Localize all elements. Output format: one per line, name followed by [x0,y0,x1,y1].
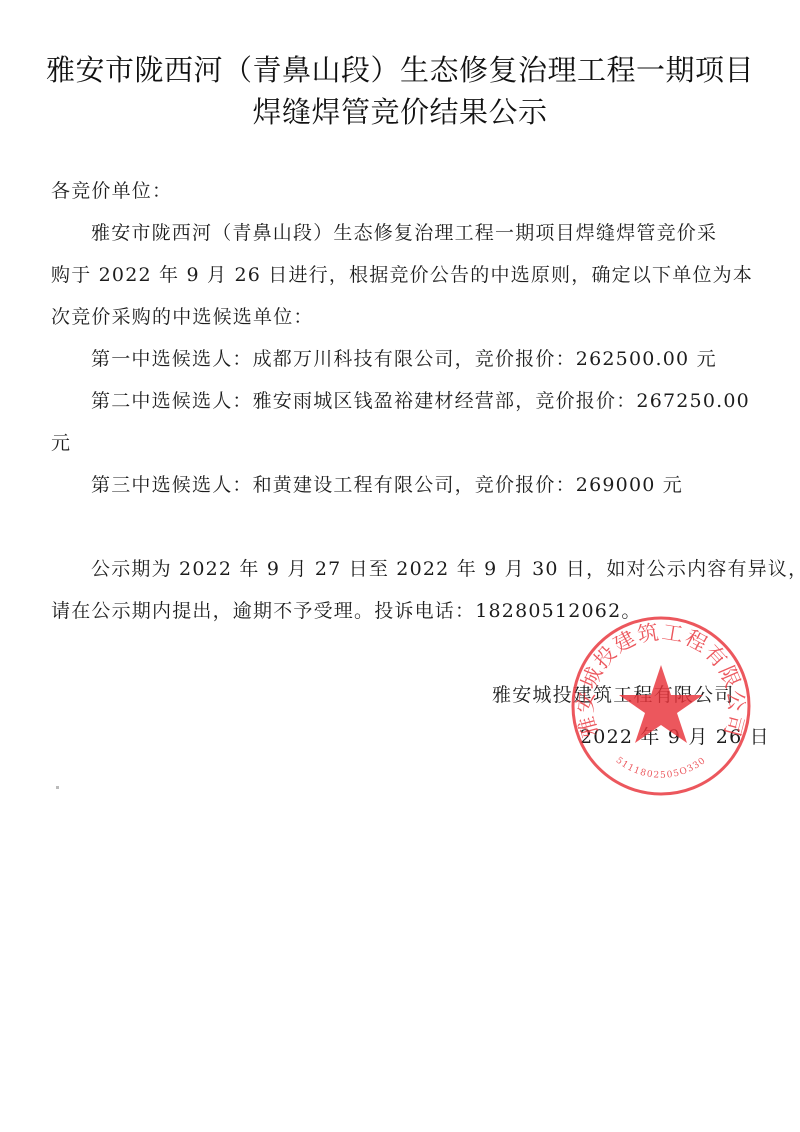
company-seal-stamp: 雅安城投建筑工程有限公司 5111802505O330 [568,613,754,799]
star-icon [619,665,703,743]
candidate-second: 第二中选候选人：雅安雨城区钱盈裕建材经营部，竞价报价：267250.00 [91,386,750,413]
notice-line1: 公示期为 2022 年 9 月 27 日至 2022 年 9 月 30 日，如对… [91,554,800,581]
salutation: 各竞价单位： [51,176,172,203]
intro-paragraph-line2: 购于 2022 年 9 月 26 日进行，根据竞价公告的中选原则，确定以下单位为… [51,260,753,287]
scan-artifact [56,786,59,789]
document-title-line2: 焊缝焊管竞价结果公示 [0,90,800,131]
candidate-first: 第一中选候选人：成都万川科技有限公司，竞价报价：262500.00 元 [91,344,717,371]
candidate-second-continued: 元 [51,428,71,455]
notice-line2: 请在公示期内提出，逾期不予受理。投诉电话：18280512062。 [51,596,642,623]
intro-paragraph-line3: 次竞价采购的中选候选单位： [51,302,314,329]
candidate-third: 第三中选候选人：和黄建设工程有限公司，竞价报价：269000 元 [91,470,683,497]
intro-paragraph-line1: 雅安市陇西河（青鼻山段）生态修复治理工程一期项目焊缝焊管竞价采 [91,218,717,245]
document-title-line1: 雅安市陇西河（青鼻山段）生态修复治理工程一期项目 [0,48,800,89]
stamp-code: 5111802505O330 [614,756,709,781]
svg-text:5111802505O330: 5111802505O330 [614,756,709,781]
